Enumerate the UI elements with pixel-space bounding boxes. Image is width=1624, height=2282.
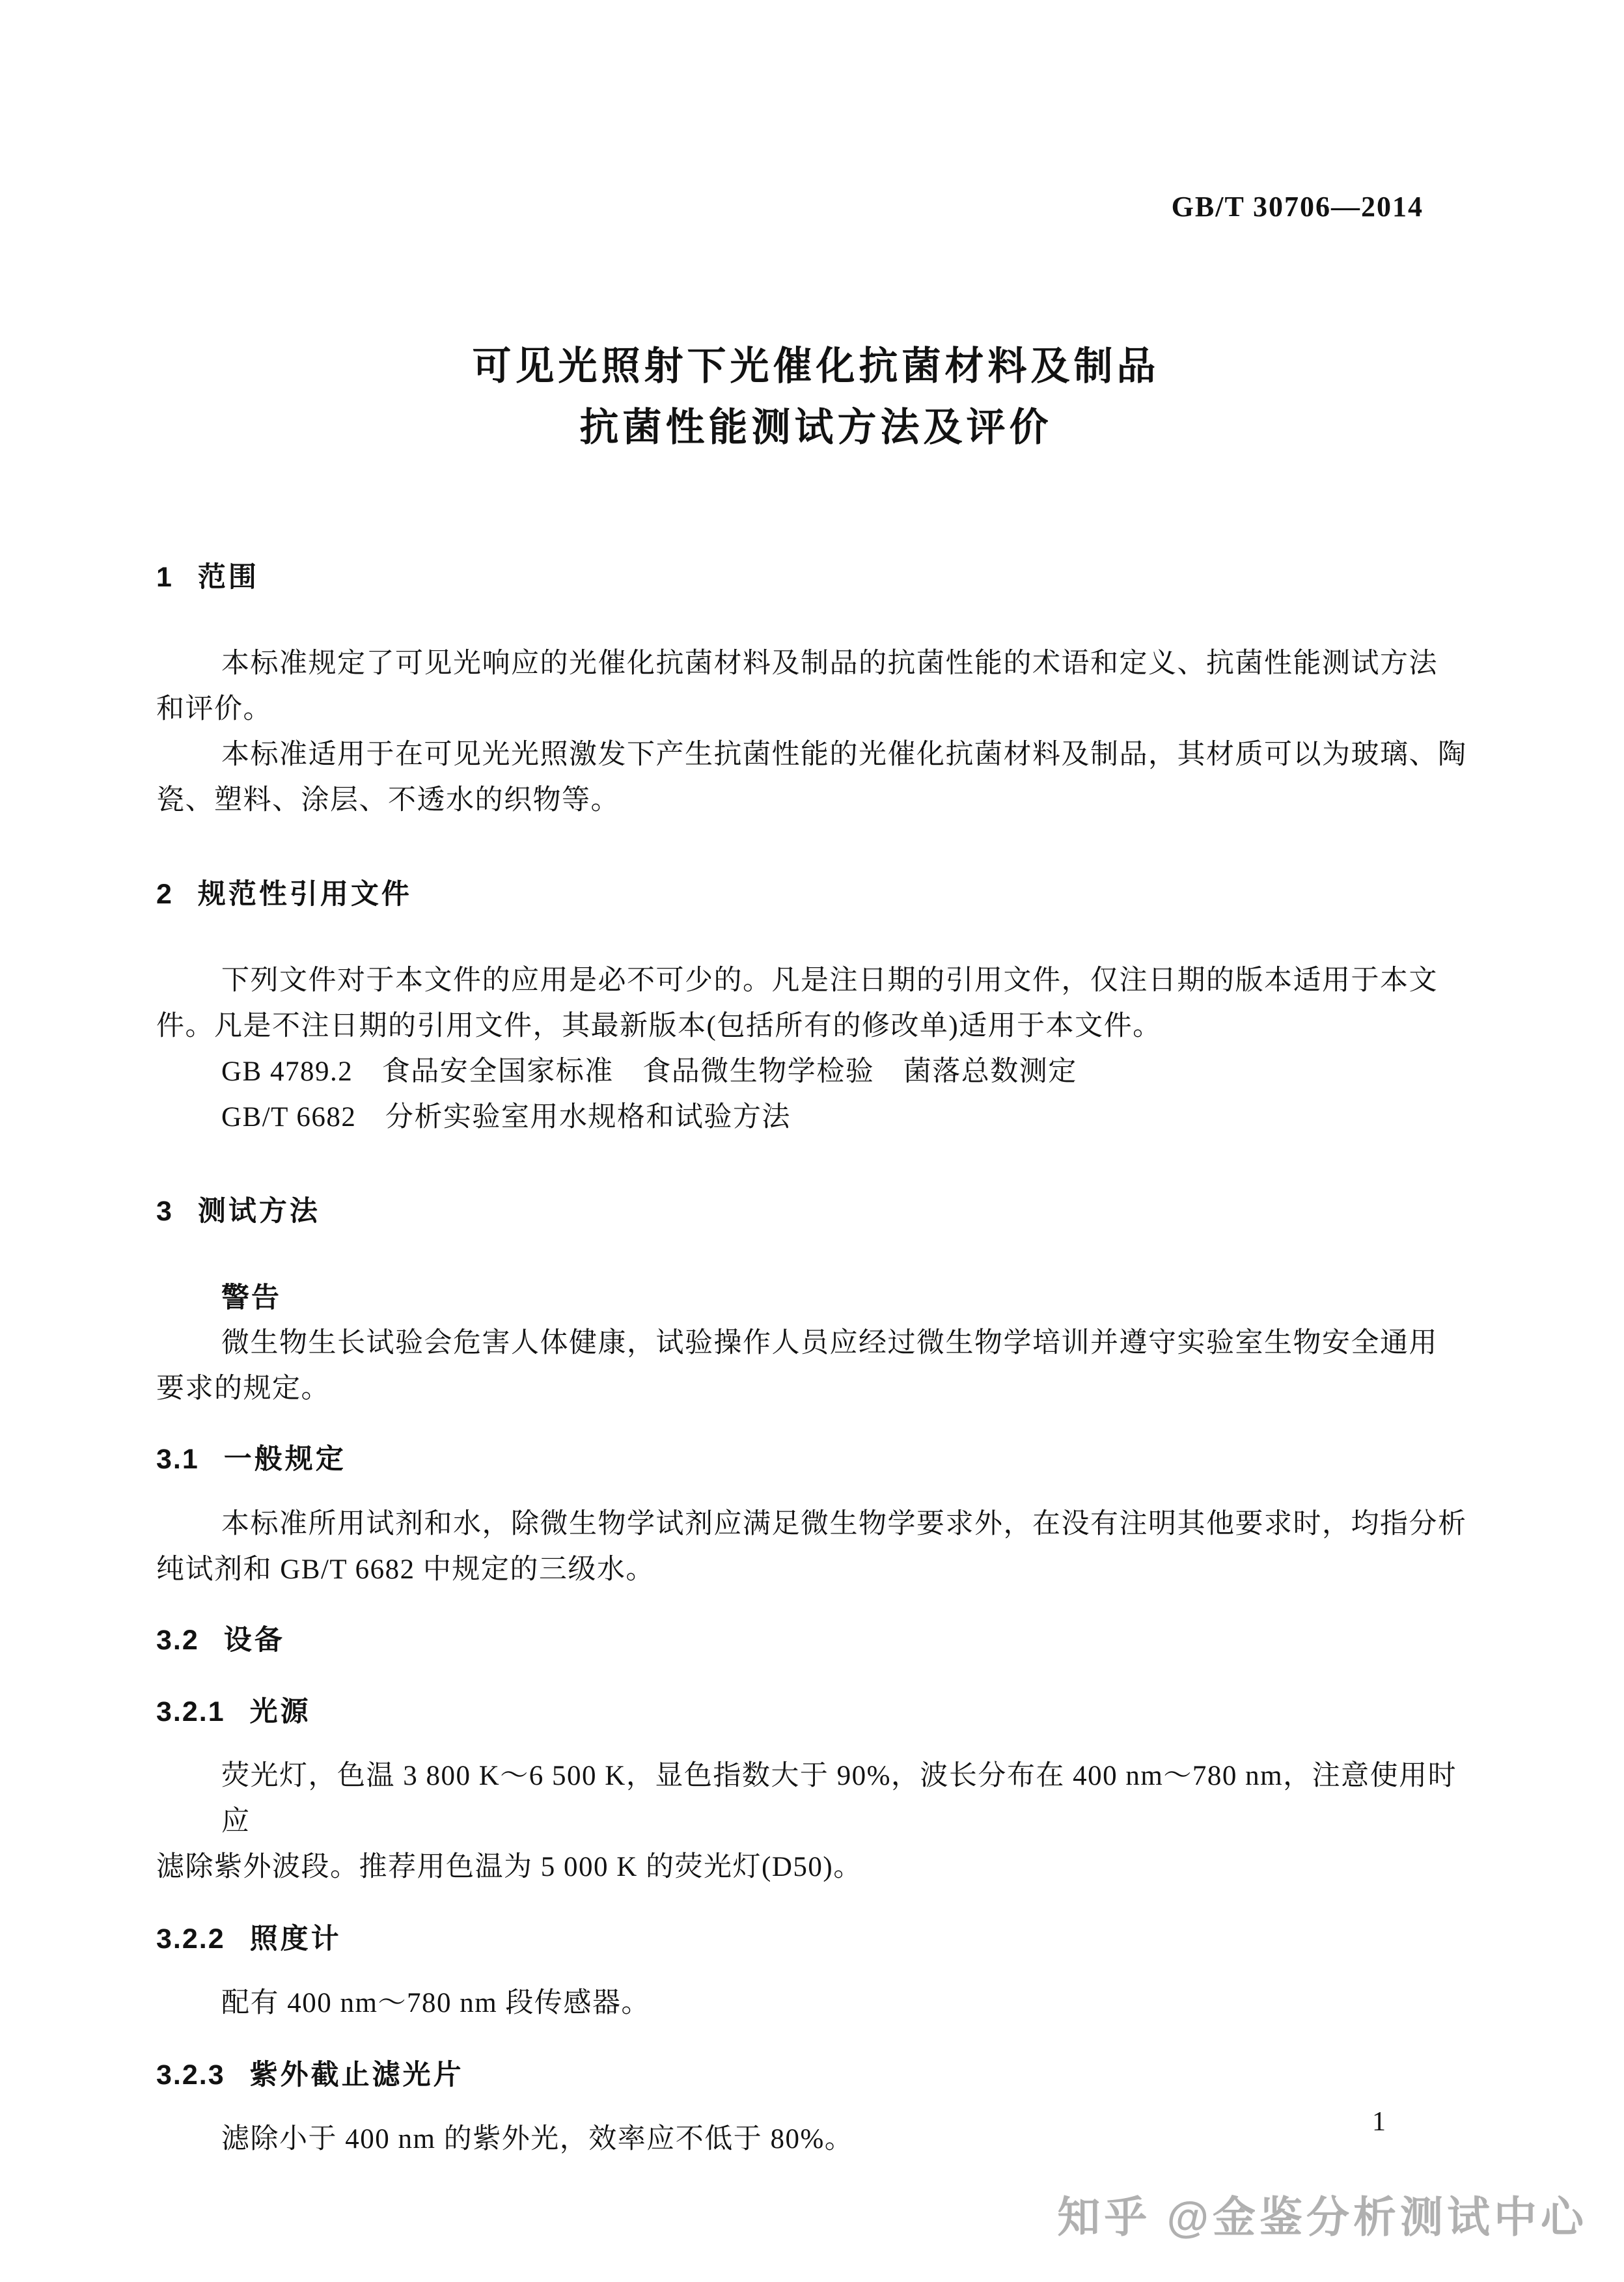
paragraph-line: 瓷、塑料、涂层、不透水的织物等。 bbox=[156, 778, 1476, 823]
reference-item: GB/T 6682 分析实验室用水规格和试验方法 bbox=[156, 1095, 1476, 1140]
section-title: 光源 bbox=[250, 1696, 311, 1727]
paragraph-line: 配有 400 nm～780 nm 段传感器。 bbox=[156, 1981, 1476, 2026]
section-heading-1: 1范围 bbox=[156, 555, 1476, 600]
page-number: 1 bbox=[1372, 2108, 1386, 2136]
paragraph-line: 滤除小于 400 nm 的紫外光，效率应不低于 80%。 bbox=[156, 2117, 1476, 2162]
paragraph: 本标准规定了可见光响应的光催化抗菌材料及制品的抗菌性能的术语和定义、抗菌性能测试… bbox=[156, 641, 1476, 732]
section-number: 1 bbox=[156, 562, 173, 593]
section-number: 3.2.3 bbox=[156, 2059, 225, 2091]
paragraph: 荧光灯，色温 3 800 K～6 500 K，显色指数大于 90%，波长分布在 … bbox=[156, 1753, 1476, 1890]
standard-code: GB/T 30706—2014 bbox=[156, 193, 1424, 221]
paragraph-line: 微生物生长试验会危害人体健康，试验操作人员应经过微生物学培训并遵守实验室生物安全… bbox=[156, 1321, 1476, 1366]
paragraph: 本标准所用试剂和水，除微生物学试剂应满足微生物学要求外，在没有注明其他要求时，均… bbox=[156, 1502, 1476, 1593]
paragraph: 下列文件对于本文件的应用是必不可少的。凡是注日期的引用文件，仅注日期的版本适用于… bbox=[156, 958, 1476, 1049]
paragraph: 配有 400 nm～780 nm 段传感器。 bbox=[156, 1981, 1476, 2026]
paragraph: 微生物生长试验会危害人体健康，试验操作人员应经过微生物学培训并遵守实验室生物安全… bbox=[156, 1321, 1476, 1412]
paragraph-line: 和评价。 bbox=[156, 687, 1476, 732]
section-heading-3.2.1: 3.2.1光源 bbox=[156, 1689, 1476, 1735]
page-content: GB/T 30706—2014 可见光照射下光催化抗菌材料及制品 抗菌性能测试方… bbox=[0, 193, 1624, 2162]
document-page: GB/T 30706—2014 可见光照射下光催化抗菌材料及制品 抗菌性能测试方… bbox=[0, 0, 1624, 2282]
paragraph: 本标准适用于在可见光光照激发下产生抗菌性能的光催化抗菌材料及制品，其材质可以为玻… bbox=[156, 732, 1476, 823]
warning-label: 警告 bbox=[156, 1275, 1476, 1321]
reference-item: GB 4789.2 食品安全国家标准 食品微生物学检验 菌落总数测定 bbox=[156, 1049, 1476, 1095]
section-title: 照度计 bbox=[250, 1923, 342, 1955]
section-title: 范围 bbox=[198, 562, 259, 593]
section-heading-3.2: 3.2设备 bbox=[156, 1617, 1476, 1663]
paragraph: 滤除小于 400 nm 的紫外光，效率应不低于 80%。 bbox=[156, 2117, 1476, 2162]
section-number: 3.2.1 bbox=[156, 1696, 225, 1727]
paragraph-line: 本标准所用试剂和水，除微生物学试剂应满足微生物学要求外，在没有注明其他要求时，均… bbox=[156, 1502, 1476, 1547]
section-number: 3.2 bbox=[156, 1625, 199, 1656]
paragraph-line: 下列文件对于本文件的应用是必不可少的。凡是注日期的引用文件，仅注日期的版本适用于… bbox=[156, 958, 1476, 1004]
section-number: 3 bbox=[156, 1196, 173, 1227]
section-heading-3.1: 3.1一般规定 bbox=[156, 1437, 1476, 1482]
paragraph-line: 件。凡是不注日期的引用文件，其最新版本(包括所有的修改单)适用于本文件。 bbox=[156, 1004, 1476, 1049]
paragraph-line: 本标准适用于在可见光光照激发下产生抗菌性能的光催化抗菌材料及制品，其材质可以为玻… bbox=[156, 732, 1476, 778]
section-heading-3.2.2: 3.2.2照度计 bbox=[156, 1916, 1476, 1962]
section-title: 测试方法 bbox=[198, 1196, 320, 1227]
section-number: 3.2.2 bbox=[156, 1923, 225, 1955]
document-body: 1范围本标准规定了可见光响应的光催化抗菌材料及制品的抗菌性能的术语和定义、抗菌性… bbox=[156, 555, 1476, 2162]
document-title: 可见光照射下光催化抗菌材料及制品 抗菌性能测试方法及评价 bbox=[156, 336, 1476, 458]
paragraph-line: 要求的规定。 bbox=[156, 1366, 1476, 1412]
section-number: 3.1 bbox=[156, 1444, 199, 1475]
paragraph-line: 纯试剂和 GB/T 6682 中规定的三级水。 bbox=[156, 1547, 1476, 1593]
paragraph-line: 本标准规定了可见光响应的光催化抗菌材料及制品的抗菌性能的术语和定义、抗菌性能测试… bbox=[156, 641, 1476, 687]
section-title: 紫外截止滤光片 bbox=[250, 2059, 464, 2091]
section-title: 一般规定 bbox=[224, 1444, 346, 1475]
paragraph-line: 荧光灯，色温 3 800 K～6 500 K，显色指数大于 90%，波长分布在 … bbox=[156, 1753, 1476, 1845]
section-heading-3.2.3: 3.2.3紫外截止滤光片 bbox=[156, 2052, 1476, 2098]
section-number: 2 bbox=[156, 879, 173, 910]
section-heading-3: 3测试方法 bbox=[156, 1189, 1476, 1234]
watermark: 知乎 @金鉴分析测试中心 bbox=[1057, 2193, 1588, 2240]
section-heading-2: 2规范性引用文件 bbox=[156, 872, 1476, 917]
section-title: 设备 bbox=[224, 1625, 285, 1656]
section-title: 规范性引用文件 bbox=[198, 879, 412, 910]
document-title-line1: 可见光照射下光催化抗菌材料及制品 bbox=[156, 336, 1476, 397]
document-title-line2: 抗菌性能测试方法及评价 bbox=[156, 397, 1476, 458]
paragraph-line: 滤除紫外波段。推荐用色温为 5 000 K 的荧光灯(D50)。 bbox=[156, 1845, 1476, 1890]
